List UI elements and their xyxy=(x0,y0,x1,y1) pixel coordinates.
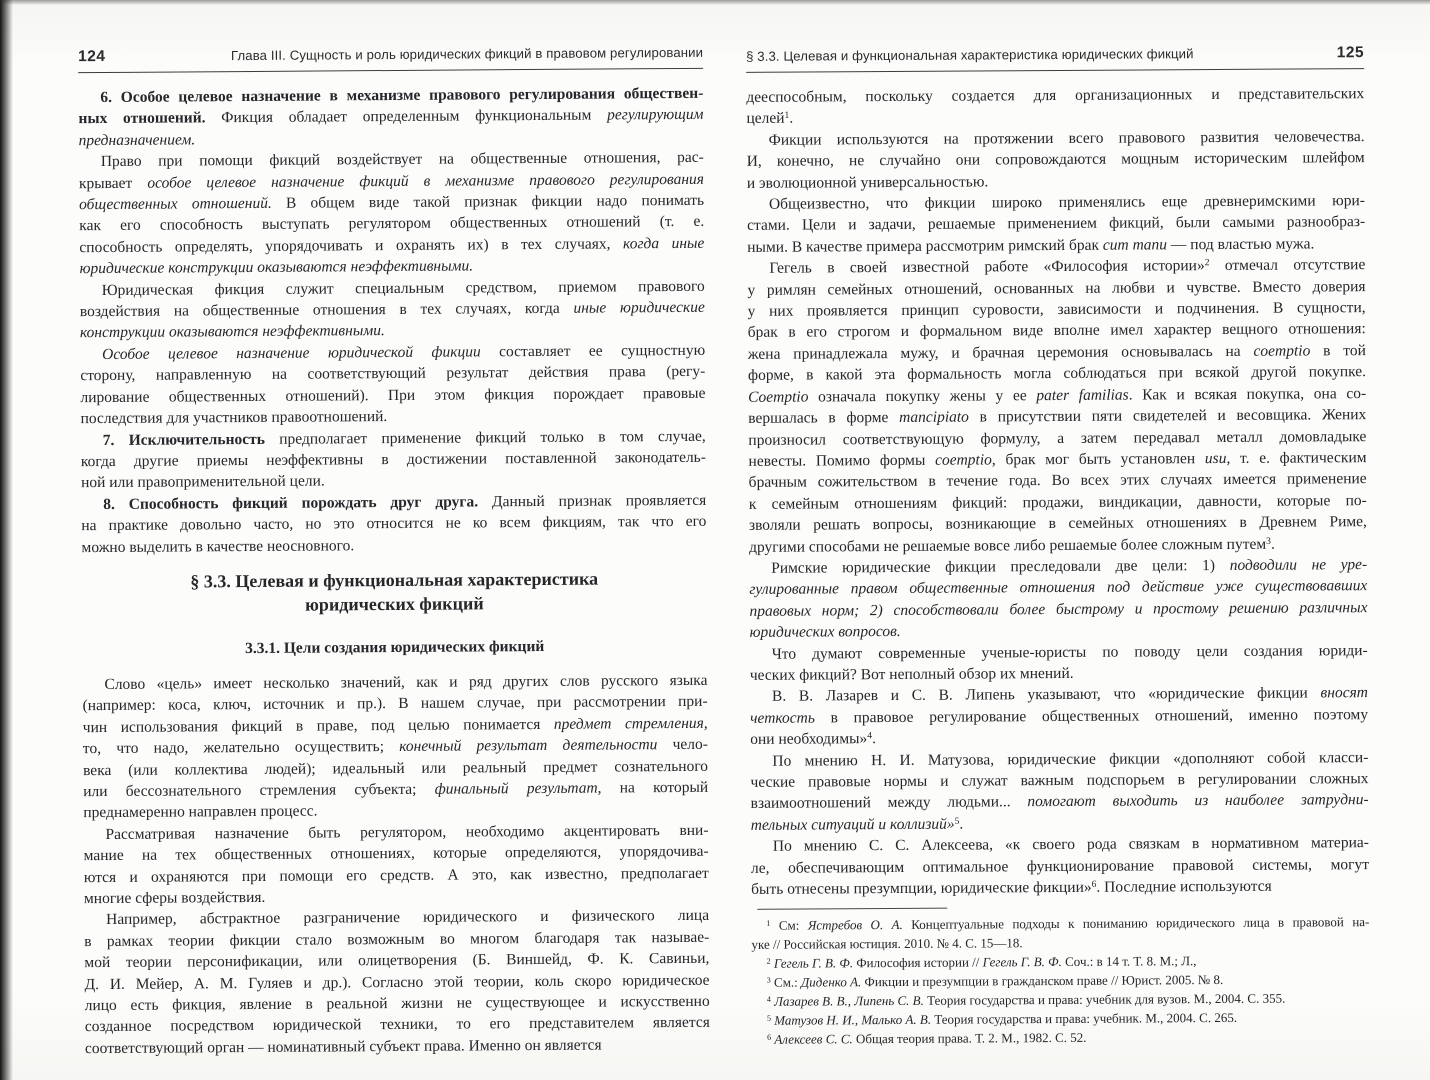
page-number: 125 xyxy=(1337,44,1364,62)
book-spread: 124 Глава III. Сущность и роль юридическ… xyxy=(0,0,1430,1080)
text-line: юридических фикций xyxy=(82,590,707,618)
running-head: § 3.3. Целевая и функциональная характер… xyxy=(746,46,1194,64)
text-line: ле, обеспечивающим оптимальное функциони… xyxy=(751,854,1369,879)
text-line: быть отнесены презумпции, юридические фи… xyxy=(751,875,1369,900)
text-line: взаимоотношений между людьми... помогают… xyxy=(751,790,1369,815)
header-rule xyxy=(78,68,703,73)
text-line: вершалась в форме mancipiato в присутств… xyxy=(748,404,1366,429)
running-head: Глава III. Сущность и роль юридических ф… xyxy=(231,45,703,63)
right-page: § 3.3. Целевая и функциональная характер… xyxy=(746,44,1370,1050)
left-page: 124 Глава III. Сущность и роль юридическ… xyxy=(78,44,710,1060)
left-page-header: 124 Глава III. Сущность и роль юридическ… xyxy=(78,44,703,66)
text-line: соответствующий орган — номинативный суб… xyxy=(85,1034,710,1060)
right-page-body: дееспособным, поскольку создается для ор… xyxy=(746,83,1369,900)
text-line: дееспособным, поскольку создается для ор… xyxy=(746,83,1364,108)
text-line: созданное посредством юридической техник… xyxy=(85,1012,710,1038)
text-line: ются и охраняются при помощи его средств… xyxy=(84,862,709,888)
text-line: лирование общественных отношений). При э… xyxy=(80,382,705,408)
page-number: 124 xyxy=(78,48,106,66)
book-spread-photo: 124 Глава III. Сущность и роль юридическ… xyxy=(0,0,1430,1080)
text-line: 6 Алексеев С. С. Общая теория права. Т. … xyxy=(752,1027,1370,1050)
text-line: можно выделить в качестве неосновного. xyxy=(81,532,706,558)
text-line: 4 Лазарев В. В., Липень С. В. Теория гос… xyxy=(752,989,1370,1012)
text-line: четкость в правовое регулирование общест… xyxy=(750,704,1368,729)
left-page-body: 6. Особое целевое назначение в механизме… xyxy=(78,83,710,1060)
right-page-header: § 3.3. Целевая и функциональная характер… xyxy=(746,44,1364,66)
text-line: правовых норм; 2) способствовали более б… xyxy=(749,597,1367,622)
text-line: 3.3.1. Цели создания юридических фикций xyxy=(82,635,707,661)
text-line: на практике довольно часто, но это относ… xyxy=(81,511,706,537)
footnotes: 1 См: Ястребов О. А. Концептуальные подх… xyxy=(751,914,1370,1050)
text-line: ных отношений. Фикция обладает определен… xyxy=(78,104,703,130)
text-line: Что думают современные ученые-юристы по … xyxy=(750,640,1368,665)
text-line: зволяли решать вопросы, возникающие в се… xyxy=(749,511,1367,536)
text-line: И, конечно, не случайно они сопровождают… xyxy=(747,147,1365,172)
footnote-rule xyxy=(757,908,947,910)
header-rule xyxy=(746,68,1364,73)
